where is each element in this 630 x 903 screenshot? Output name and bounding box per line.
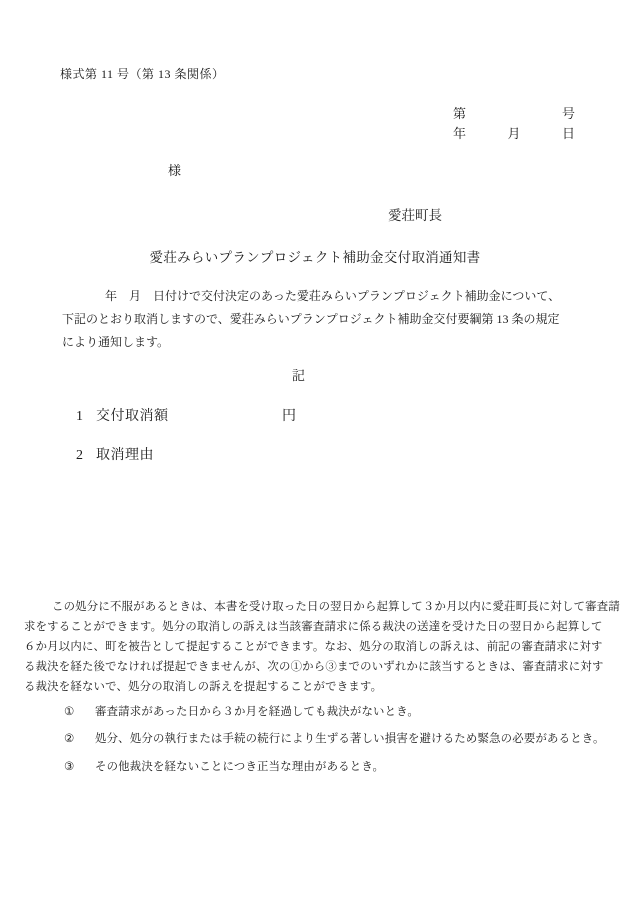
body-line: 下記のとおり取消しますので、愛荘みらいプランプロジェクト補助金交付要綱第 13 … [62,308,582,331]
circled-number-2: ② [64,732,74,747]
appeal-condition-2: ② 処分、処分の執行または手続の続行により生ずる著しい損害を避けるため緊急の必要… [0,732,630,747]
issue-date-row: 年 月 日 [453,125,575,142]
issue-date-day: 日 [562,125,575,142]
appeal-condition-3: ③ その他裁決を経ないことにつき正当な理由があるとき。 [0,760,630,775]
circled-number-1: ① [64,705,74,720]
appeal-notice-line: この処分に不服があるときは、本書を受け取った日の翌日から起算して３か月以内に愛荘… [24,597,624,617]
appeal-notice-line: ６か月以内に、町を被告として提起することができます。なお、処分の取消しの訴えは、… [24,637,624,657]
addressee-honorific: 様 [168,162,181,179]
item-label: 交付取消額 [96,408,169,426]
appeal-condition-1: ① 審査請求があった日から３か月を経過しても裁決がないとき。 [0,705,630,720]
issue-date-month: 月 [507,125,520,142]
document-title: 愛荘みらいプランプロジェクト補助金交付取消通知書 [0,249,630,266]
record-heading: 記 [292,368,305,383]
issue-number-row: 第 号 [453,105,575,122]
appeal-notice-line: る裁決を経た後でなければ提起できませんが、次の①から③までのいずれかに該当すると… [24,657,624,677]
item-row-cancellation-reason: 2 取消理由 [0,447,630,465]
item-label: 取消理由 [96,447,154,465]
item-number: 1 [76,408,83,426]
form-number: 様式第 11 号（第 13 条関係） [60,66,225,82]
appeal-notice-paragraph: この処分に不服があるときは、本書を受け取った日の翌日から起算して３か月以内に愛荘… [24,597,624,697]
appeal-condition-text: 処分、処分の執行または手続の続行により生ずる著しい損害を避けるため緊急の必要があ… [95,732,605,747]
body-line: 年 月 日付けで交付決定のあった愛荘みらいプランプロジェクト補助金について、 [62,285,582,308]
body-paragraph: 年 月 日付けで交付決定のあった愛荘みらいプランプロジェクト補助金について、 下… [62,285,582,354]
item-number: 2 [76,447,83,465]
appeal-notice-line: 求をすることができます。処分の取消しの訴えは当該審査請求に係る裁決の送達を受けた… [24,617,624,637]
circled-number-3: ③ [64,760,74,775]
item-unit-yen: 円 [282,408,296,426]
body-line: により通知します。 [62,331,582,354]
appeal-notice-line: る裁決を経ないで、処分の取消しの訴えを提起することができます。 [24,677,624,697]
issue-number-suffix: 号 [562,105,575,122]
issue-number-prefix: 第 [453,105,466,122]
issue-date-year: 年 [453,125,466,142]
appeal-condition-text: その他裁決を経ないことにつき正当な理由があるとき。 [95,760,384,775]
item-row-cancellation-amount: 1 交付取消額 円 [0,408,630,426]
sender-title: 愛荘町長 [388,207,442,224]
appeal-condition-text: 審査請求があった日から３か月を経過しても裁決がないとき。 [95,705,419,720]
notice-document-page: 様式第 11 号（第 13 条関係） 第 号 年 月 日 様 愛荘町長 愛荘みら… [0,0,630,903]
